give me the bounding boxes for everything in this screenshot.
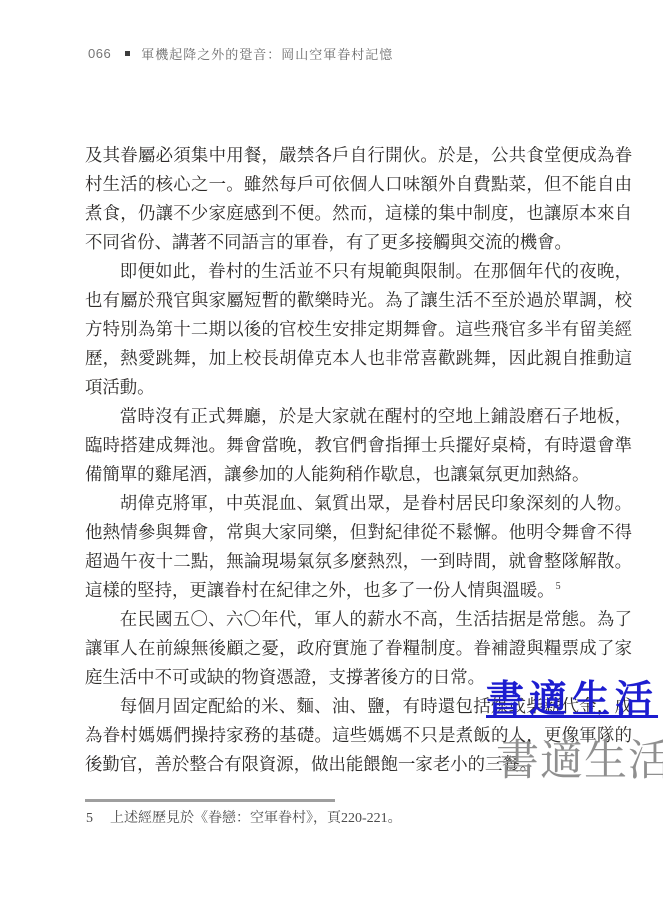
paragraph: 及其眷屬必須集中用餐，嚴禁各戶自行開伙。於是，公共食堂便成為眷村生活的核心之一。… — [85, 141, 632, 257]
paragraph: 每個月固定配給的米、麵、油、鹽，有時還包括煤或柴薪代金，成為眷村媽媽們操持家務的… — [85, 692, 632, 779]
paragraph: 在民國五〇、六〇年代，軍人的薪水不高，生活拮据是常態。為了讓軍人在前線無後顧之憂… — [85, 605, 632, 692]
paragraph: 即便如此，眷村的生活並不只有規範與限制。在那個年代的夜晚，也有屬於飛官與家屬短暫… — [85, 257, 632, 402]
footnote-divider — [85, 799, 335, 802]
paragraph: 當時沒有正式舞廳，於是大家就在醒村的空地上鋪設磨石子地板，臨時搭建成舞池。舞會當… — [85, 402, 632, 489]
page-header: 066 軍機起降之外的跫音：岡山空軍眷村記憶 — [88, 44, 393, 63]
book-page: 066 軍機起降之外的跫音：岡山空軍眷村記憶 及其眷屬必須集中用餐，嚴禁各戶自行… — [0, 0, 663, 904]
footnote-number: 5 — [86, 809, 93, 829]
header-bullet-icon — [125, 51, 130, 56]
footnote-text: 上述經歷見於《眷戀：空軍眷村》，頁220-221。 — [110, 811, 402, 826]
page-number: 066 — [88, 46, 111, 61]
running-title: 軍機起降之外的跫音：岡山空軍眷村記憶 — [141, 44, 393, 63]
body-text: 及其眷屬必須集中用餐，嚴禁各戶自行開伙。於是，公共食堂便成為眷村生活的核心之一。… — [85, 141, 632, 779]
paragraph: 胡偉克將軍，中英混血、氣質出眾，是眷村居民印象深刻的人物。他熱情參與舞會，常與大… — [85, 489, 632, 605]
footnote: 5上述經歷見於《眷戀：空軍眷村》，頁220-221。 — [86, 809, 631, 829]
footnote-reference: 5 — [556, 581, 561, 592]
